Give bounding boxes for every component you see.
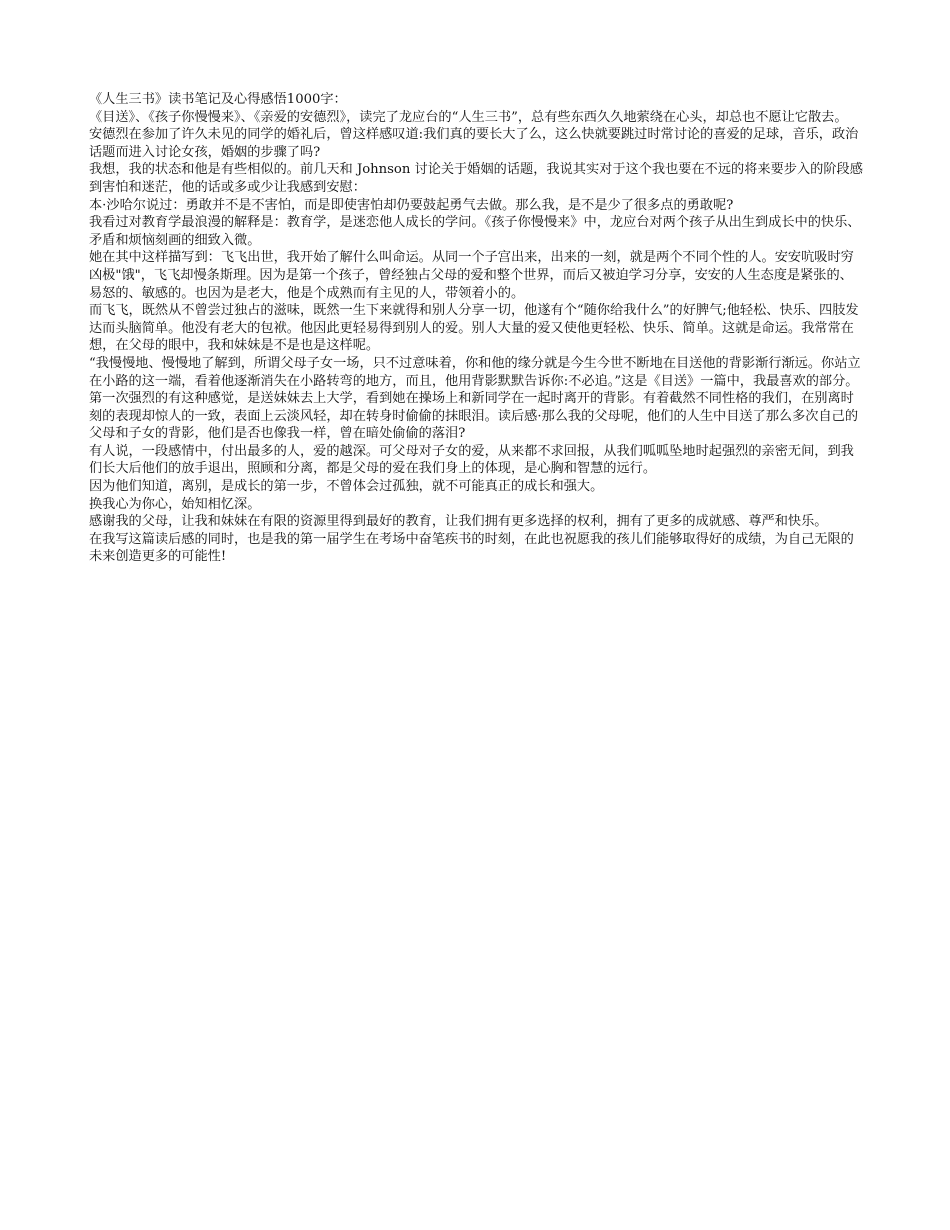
paragraph: 我想，我的状态和他是有些相似的。前几天和 Johnson 讨论关于婚姻的话题，我…: [89, 161, 864, 196]
paragraph: 而飞飞，既然从不曾尝过独占的滋味，既然一生下来就得和别人分享一切，他遂有个“随你…: [89, 302, 864, 355]
document-body: 《人生三书》读书笔记及心得感悟1000字： 《目送》、《孩子你慢慢来》、《亲爱的…: [89, 91, 864, 566]
document-title: 《人生三书》读书笔记及心得感悟1000字：: [89, 91, 864, 109]
paragraph: 感谢我的父母，让我和妹妹在有限的资源里得到最好的教育，让我们拥有更多选择的权利，…: [89, 513, 864, 531]
paragraph: 安德烈在参加了许久未见的同学的婚礼后，曾这样感叹道:我们真的要长大了么，这么快就…: [89, 126, 864, 161]
paragraph: 换我心为你心，始知相忆深。: [89, 496, 864, 514]
paragraph: 在我写这篇读后感的同时，也是我的第一届学生在考场中奋笔疾书的时刻，在此也祝愿我的…: [89, 531, 864, 566]
paragraph: 有人说，一段感情中，付出最多的人，爱的越深。可父母对子女的爱，从来都不求回报，从…: [89, 443, 864, 478]
paragraph: 我看过对教育学最浪漫的解释是：教育学，是迷恋他人成长的学问。《孩子你慢慢来》中，…: [89, 214, 864, 249]
paragraph: 《目送》、《孩子你慢慢来》、《亲爱的安德烈》，读完了龙应台的“人生三书”，总有些…: [89, 109, 864, 127]
paragraph: 本·沙哈尔说过：勇敢并不是不害怕，而是即使害怕却仍要鼓起勇气去做。那么我，是不是…: [89, 197, 864, 215]
paragraph: 她在其中这样描写到：飞飞出世，我开始了解什么叫命运。从同一个子宫出来，出来的一刻…: [89, 249, 864, 302]
paragraph: 第一次强烈的有这种感觉，是送妹妹去上大学，看到她在操场上和新同学在一起时离开的背…: [89, 390, 864, 443]
paragraph: 因为他们知道，离别，是成长的第一步，不曾体会过孤独，就不可能真正的成长和强大。: [89, 478, 864, 496]
paragraph: “我慢慢地、慢慢地了解到，所谓父母子女一场，只不过意味着，你和他的缘分就是今生今…: [89, 355, 864, 390]
